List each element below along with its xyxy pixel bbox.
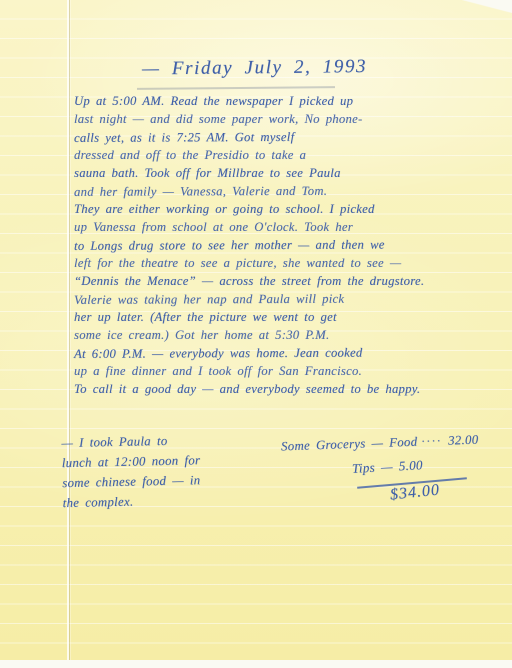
journal-line: sauna bath. Took off for Millbrae to see… [74,164,470,182]
tips-label: Tips — [352,459,394,476]
journal-line: left for the theatre to see a picture, s… [74,254,470,272]
journal-line: up a fine dinner and I took off for San … [74,362,470,380]
total-amount: $34.00 [389,481,441,504]
journal-line: up Vanessa from school at one O'clock. T… [74,218,470,236]
fold-crease [67,0,71,660]
entry-date-underline [137,86,335,90]
tips-amount: 5.00 [398,457,423,473]
journal-line: “Dennis the Menace” — across the street … [74,272,470,290]
journal-line: dressed and off to the Presidio to take … [74,146,470,164]
leader-dots: ···· [421,434,442,449]
groceries-label: Some Grocerys — Food [281,435,418,454]
journal-line: to Longs drug store to see her mother — … [74,235,470,255]
page-corner [462,0,512,13]
journal-line: Valerie was taking her nap and Paula wil… [74,289,470,309]
entry-body: Up at 5:00 AM. Read the newspaper I pick… [74,92,470,398]
groceries-amount: 32.00 [448,433,479,448]
journal-line: To call it a good day — and everybody se… [74,380,470,398]
journal-line: some ice cream.) Got her home at 5:30 P.… [74,326,470,344]
journal-line: calls yet, as it is 7:25 AM. Got myself [74,127,470,147]
journal-line: Up at 5:00 AM. Read the newspaper I pick… [74,92,470,110]
journal-line: last night — and did some paper work, No… [74,110,470,128]
note-line: the complex. [62,489,262,513]
lunch-note: — I took Paula to lunch at 12:00 noon fo… [61,429,263,513]
journal-line: They are either working or going to scho… [74,200,470,218]
journal-page: — Friday July 2, 1993 Up at 5:00 AM. Rea… [0,0,512,660]
expense-tips-row: Tips —5.00 [352,457,423,477]
journal-line: At 6:00 P.M. — everybody was home. Jean … [74,343,470,363]
expense-groceries-row: Some Grocerys — Food····32.00 [281,433,479,455]
entry-date: — Friday July 2, 1993 [142,56,412,81]
journal-line: her up later. (After the picture we went… [74,308,470,326]
journal-line: and her family — Vanessa, Valerie and To… [74,181,470,201]
